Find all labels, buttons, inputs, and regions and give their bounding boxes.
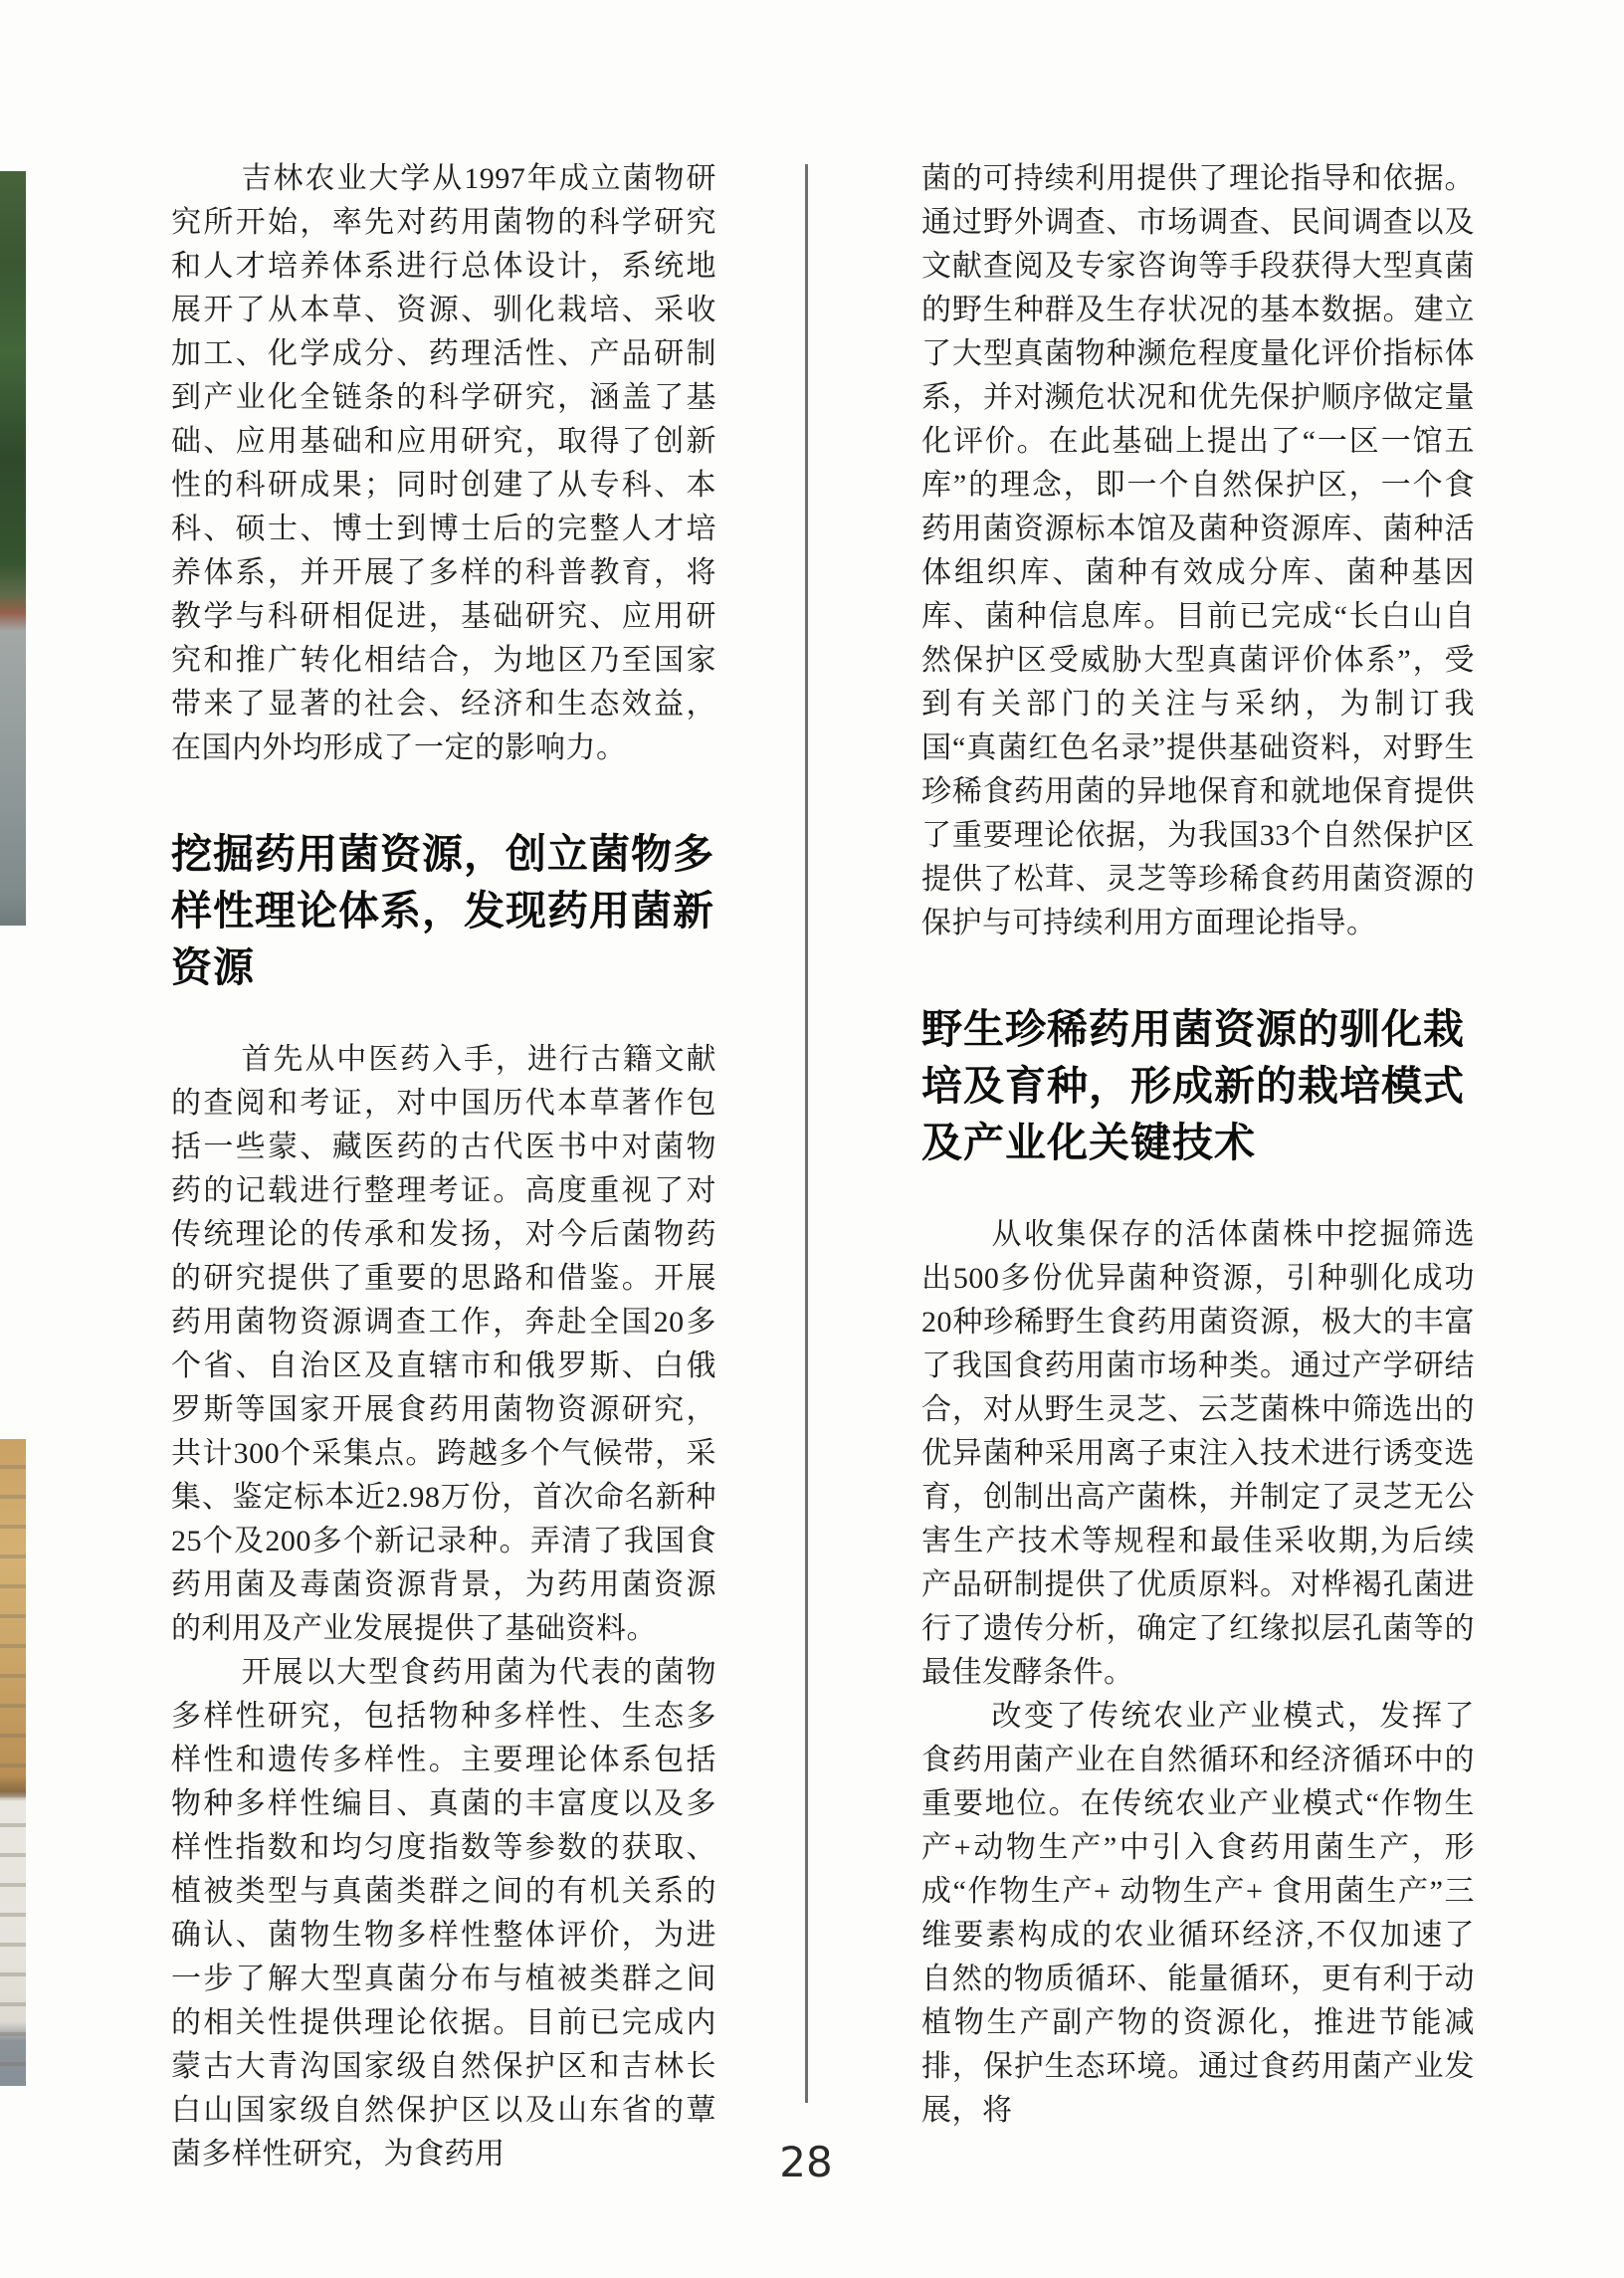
page-number: 28 (736, 2138, 876, 2186)
right-paragraph-continuation: 菌的可持续利用提供了理论指导和依据。通过野外调查、市场调查、民间调查以及文献查阅… (921, 157, 1475, 945)
column-divider-rule (805, 164, 808, 2103)
right-column: 菌的可持续利用提供了理论指导和依据。通过野外调查、市场调查、民间调查以及文献查阅… (921, 157, 1475, 2133)
right-paragraph-industry-model: 改变了传统农业产业模式，发挥了食药用菌产业在自然循环和经济循环中的重要地位。在传… (921, 1695, 1475, 2133)
left-paragraph-diversity: 开展以大型食药用菌为代表的菌物多样性研究，包括物种多样性、生态多样性和遗传多样性… (171, 1651, 716, 2176)
left-paragraph-intro: 吉林农业大学从1997年成立菌物研究所开始，率先对药用菌物的科学研究和人才培养体… (171, 157, 716, 770)
left-paragraph-survey: 首先从中医药入手，进行古籍文献的查阅和考证，对中国历代本草著作包括一些蒙、藏医药… (171, 1038, 716, 1651)
left-section-heading: 挖掘药用菌资源，创立菌物多样性理论体系，发现药用菌新资源 (171, 826, 716, 996)
trees-road-photo-strip (0, 171, 26, 926)
right-section-heading: 野生珍稀药用菌资源的驯化栽培及育种，形成新的栽培模式及产业化关键技术 (921, 1001, 1475, 1171)
magazine-page: { "page": { "number": "28", "background"… (0, 0, 1624, 2278)
building-steps-photo-strip (0, 1439, 26, 2086)
right-paragraph-domestication: 从收集保存的活体菌株中挖掘筛选出500多份优异菌种资源，引种驯化成功20种珍稀野… (921, 1213, 1475, 1695)
left-column: 吉林农业大学从1997年成立菌物研究所开始，率先对药用菌物的科学研究和人才培养体… (171, 157, 716, 2176)
